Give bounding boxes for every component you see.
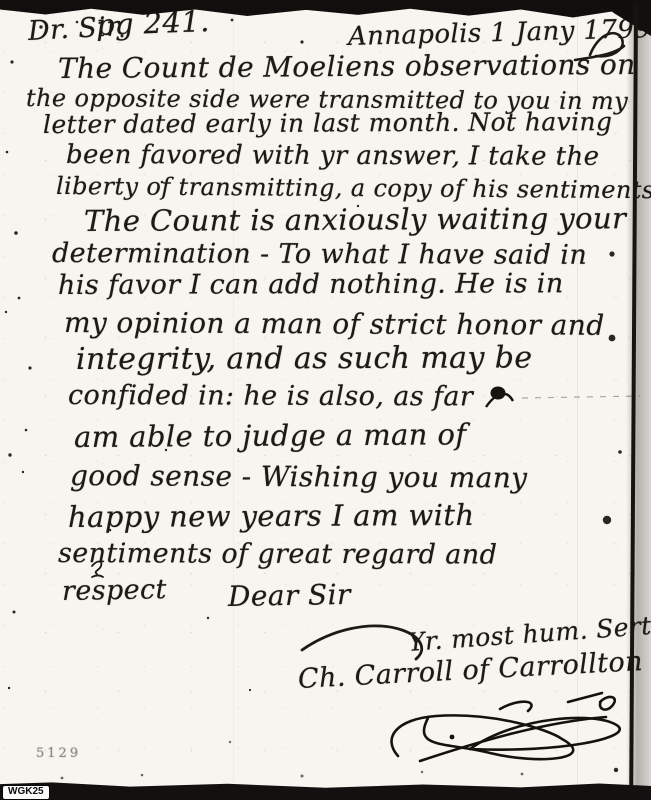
handwriting-line: determination - To what I have said in xyxy=(52,238,587,271)
closing-word: respect xyxy=(62,574,167,607)
microfilm-frame-label: WGK25 xyxy=(3,786,49,799)
handwriting-line: my opinion a man of strict honor and xyxy=(64,306,605,342)
handwriting-line: confided in: he is also, as far xyxy=(68,380,473,412)
handwriting-line: The Count de Moeliens observations on xyxy=(58,48,636,85)
closing-salutation: Dear Sir xyxy=(228,578,351,613)
handwriting-line: good sense - Wishing you many xyxy=(70,459,528,494)
handwriting-line: happy new years I am with xyxy=(68,498,475,534)
scanned-letter-page: Dr. Sir pg 241. Annapolis 1 Jany 1799 Th… xyxy=(0,0,651,800)
handwriting-line: am able to judge a man of xyxy=(74,417,467,454)
handwriting-line: integrity, and as such may be xyxy=(76,340,533,377)
handwriting-line: his favor I can add nothing. He is in xyxy=(58,268,564,301)
archive-stamp-number: 5129 xyxy=(36,746,81,761)
handwriting-line: The Count is anxiously waiting your xyxy=(84,201,626,238)
handwriting-line: liberty of transmitting, a copy of his s… xyxy=(56,172,651,204)
handwriting-line: been favored with yr answer, I take the xyxy=(66,140,600,172)
handwriting-line: sentiments of great regard and xyxy=(58,538,497,571)
handwriting-line: letter dated early in last month. Not ha… xyxy=(43,107,613,139)
